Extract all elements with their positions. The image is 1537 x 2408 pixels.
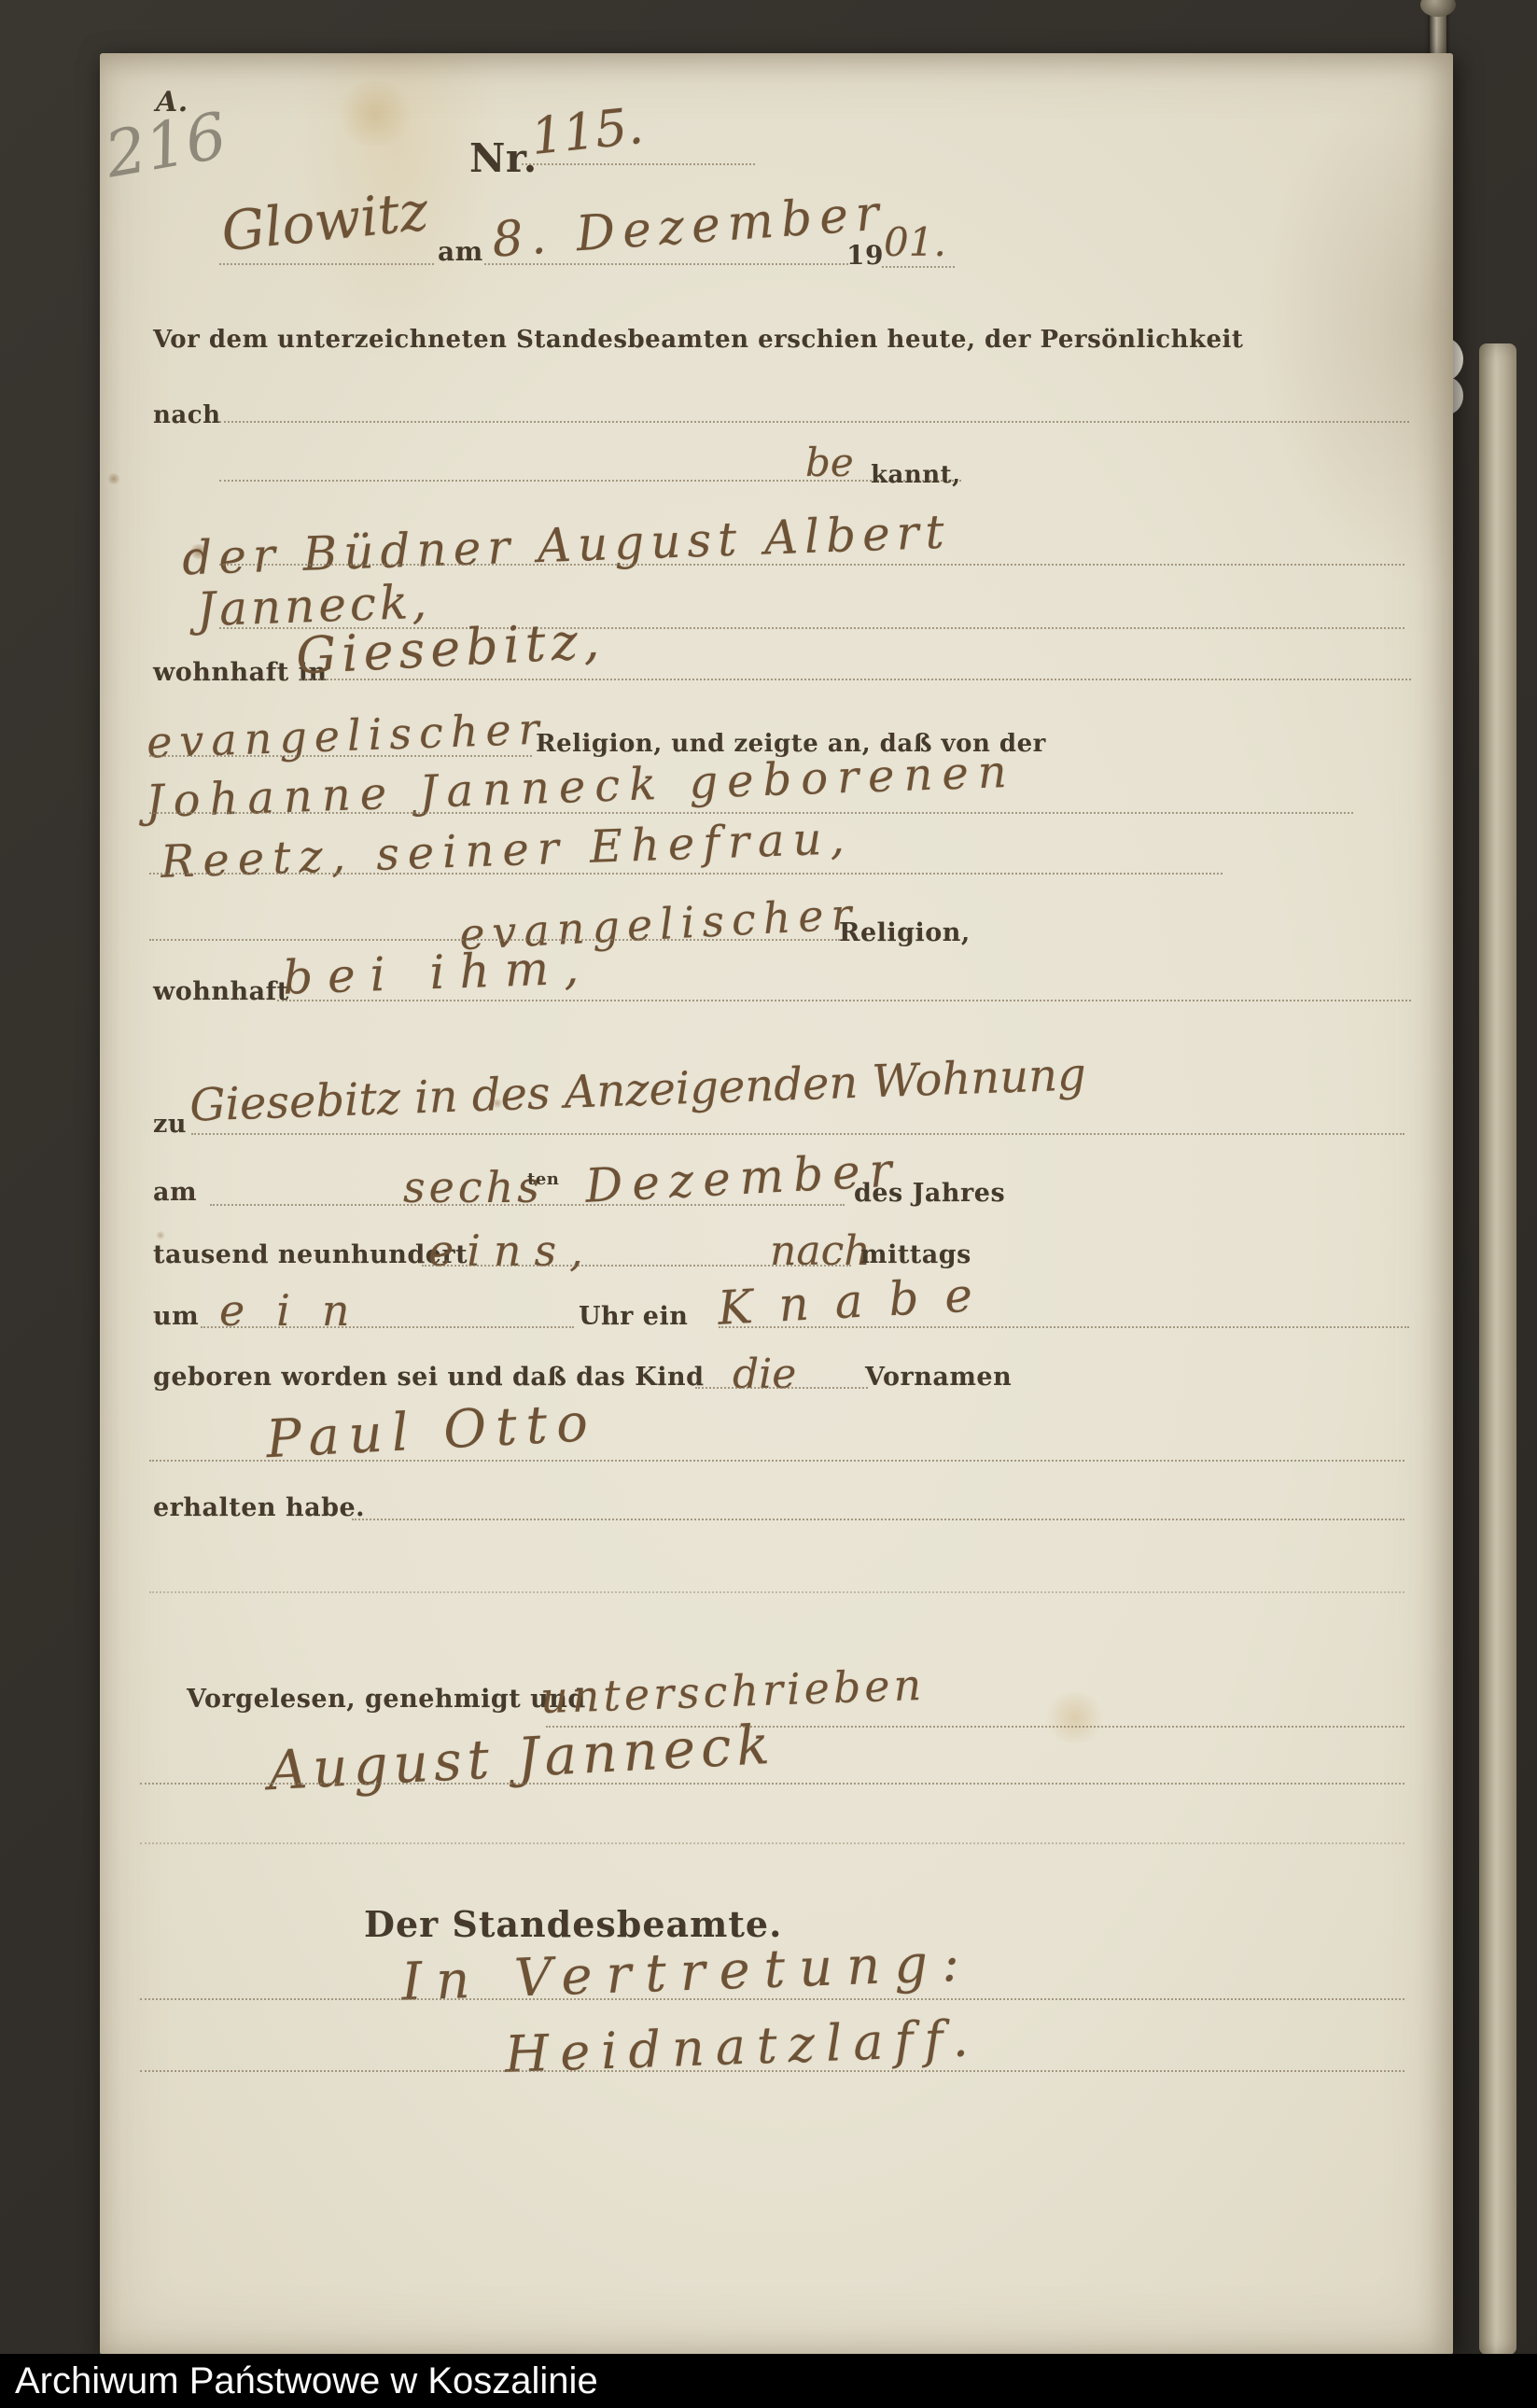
vorgelesen-label: Vorgelesen, genehmigt und (187, 1685, 586, 1714)
dotted-rule (219, 421, 1409, 423)
official-signature: Heidnatzlaff. (504, 2009, 981, 2084)
dotted-rule (300, 679, 1411, 680)
dotted-rule (219, 263, 434, 265)
birthplace-hand: Giesebitz in des Anzeigenden Wohnung (189, 1048, 1086, 1132)
tausend-label: tausend neunhundert (153, 1240, 468, 1269)
dotted-rule (201, 1326, 574, 1328)
standesbeamte-label: Der Standesbeamte. (364, 1903, 782, 1945)
dotted-rule (219, 564, 1404, 566)
dotted-rule (882, 266, 955, 268)
dotted-rule (484, 263, 848, 265)
document-scan: A. 216 Nr. 115. Glowitz am 8. Dezember 1… (0, 0, 1537, 2408)
dotted-rule (149, 1460, 1404, 1462)
intro-line: Vor dem unterzeichneten Standesbeamten e… (153, 326, 1243, 354)
erhalten-label: erhalten habe. (153, 1493, 365, 1522)
dotted-rule (219, 480, 961, 482)
nach-label: nach (153, 401, 220, 429)
dotted-rule (149, 812, 1353, 814)
declarant-signature: August Janneck (267, 1713, 777, 1802)
year-printed-prefix: 19 (846, 240, 884, 271)
child-given-names: Paul Otto (265, 1393, 599, 1470)
declarant-name-line1: der Büdner August Albert (181, 505, 951, 586)
unterschrieben-hand: unterschrieben (539, 1659, 926, 1723)
dotted-rule (191, 1133, 1404, 1135)
record-number-label: Nr. (469, 135, 538, 181)
dotted-rule (140, 1783, 1404, 1785)
dotted-rule (149, 873, 1223, 875)
paper-stain (333, 81, 417, 147)
birth-year-word-hand: eins, (428, 1225, 596, 1276)
dotted-rule (140, 1842, 1404, 1844)
pencil-page-number: 216 (100, 99, 232, 192)
dotted-rule (277, 1000, 1411, 1001)
des-jahres-label: des Jahres (854, 1179, 1005, 1208)
am-label: am (438, 236, 483, 267)
mittags-label: mittags (860, 1240, 971, 1269)
paper-stain (156, 1231, 165, 1239)
uhr-ein-label: Uhr ein (579, 1302, 688, 1331)
mother-residence-hand: bei ihm, (282, 940, 594, 1005)
um-label: um (153, 1302, 199, 1331)
record-date: 8. Dezember (490, 185, 887, 268)
zu-label: zu (153, 1110, 187, 1139)
place-name: Glowitz (218, 179, 431, 264)
archive-name-label: Archiwum Państwowe w Koszalinie (15, 2354, 598, 2408)
vornamen-label: Vornamen (865, 1363, 1012, 1392)
record-number-value: 115. (528, 96, 646, 166)
dotted-rule (140, 2070, 1404, 2072)
registry-form-page: A. 216 Nr. 115. Glowitz am 8. Dezember 1… (100, 53, 1453, 2355)
paper-stain (107, 473, 120, 484)
dotted-rule (140, 1998, 1404, 2000)
binding-screw-head (1420, 0, 1456, 17)
wohnhaft-label: wohnhaft (153, 977, 289, 1006)
year-handwritten: 01. (884, 219, 946, 265)
dotted-rule (149, 1591, 1404, 1593)
adjacent-page-edge (1479, 343, 1516, 2355)
geboren-label: geboren worden sei und daß das Kind (153, 1363, 705, 1392)
am-birth-label: am (153, 1178, 197, 1207)
child-sex-hand: Knabe (717, 1267, 1000, 1336)
archive-watermark-bar: Archiwum Państwowe w Koszalinie (0, 2354, 1537, 2408)
dotted-rule (149, 755, 532, 757)
dotted-rule (210, 1204, 845, 1206)
dotted-rule (522, 163, 755, 165)
die-hand: die (733, 1351, 796, 1398)
dotted-rule (352, 1519, 1404, 1520)
dotted-rule (422, 1265, 851, 1267)
religion-father-hand: evangelischer (146, 704, 547, 768)
ten-suffix-label: ten (527, 1169, 559, 1189)
bekannt-handwritten-part: be (805, 440, 854, 485)
dotted-rule (149, 939, 840, 941)
kannt-label: kannt, (871, 461, 961, 489)
dotted-rule (695, 1387, 868, 1389)
nachmittags-hand-part: nach (770, 1227, 871, 1275)
paper-stain (1042, 1692, 1108, 1743)
religion-label: Religion, (839, 918, 971, 947)
dotted-rule (719, 1326, 1409, 1328)
